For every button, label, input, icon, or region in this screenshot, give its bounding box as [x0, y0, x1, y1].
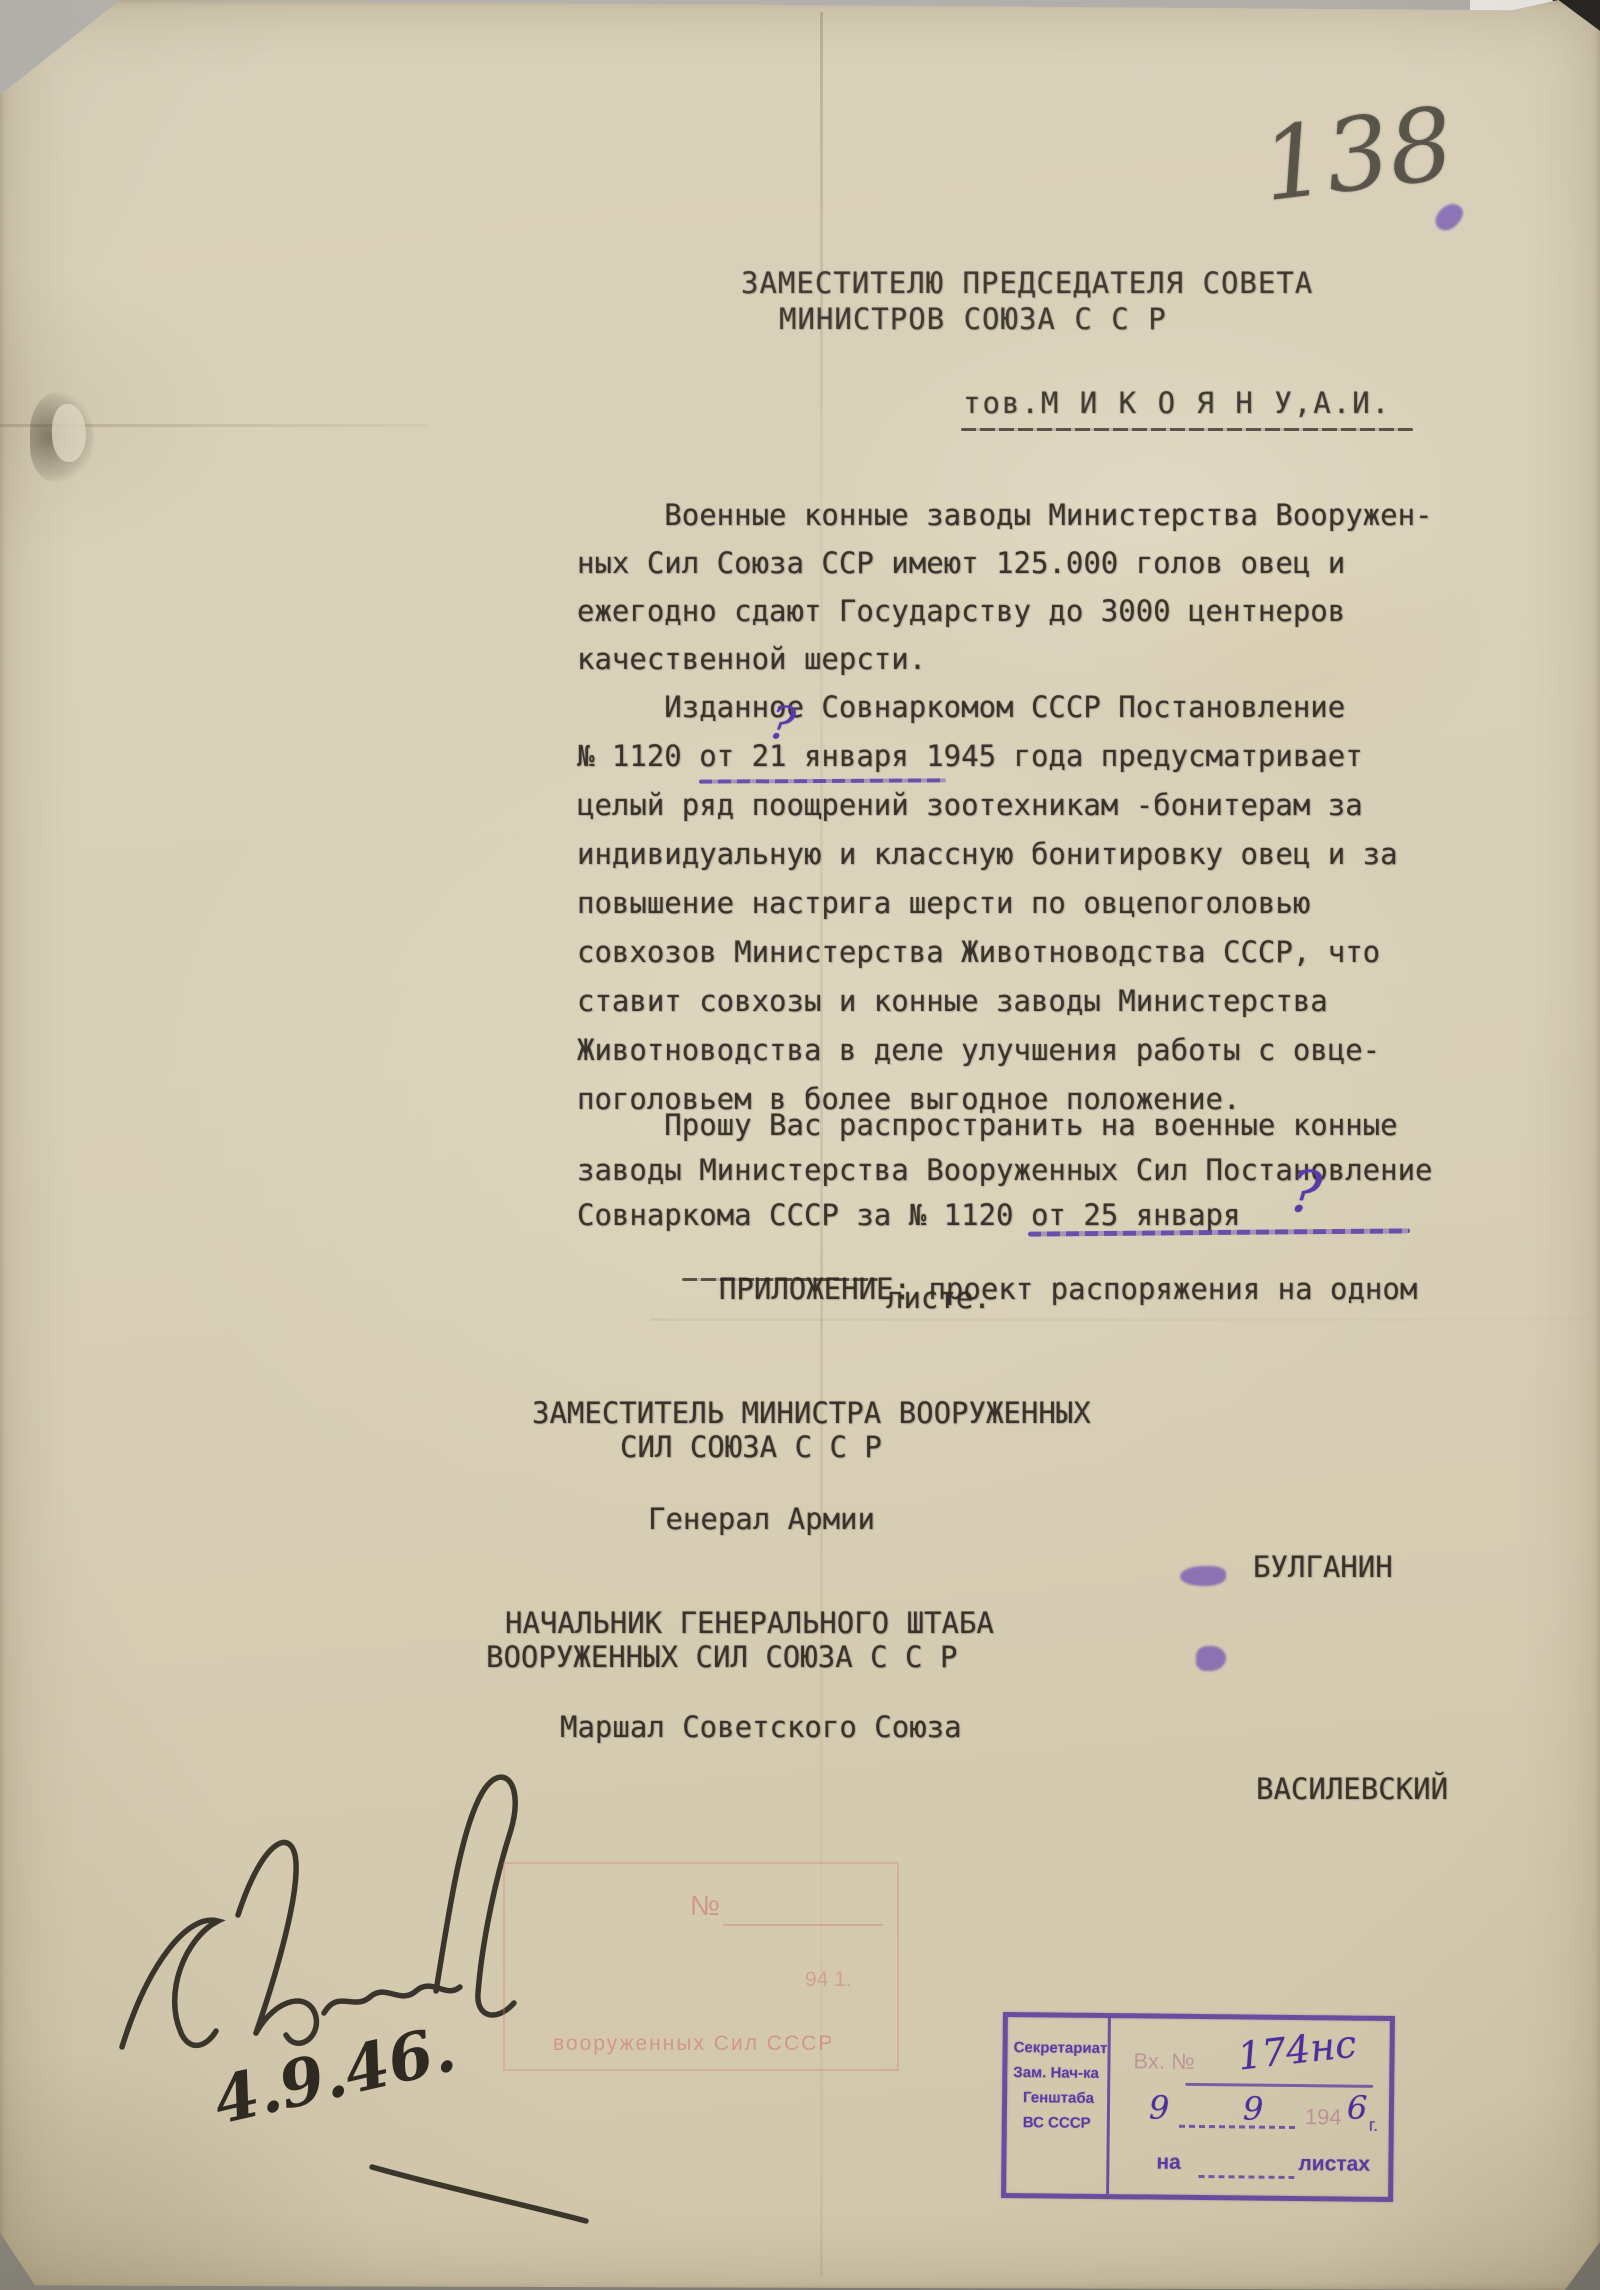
- attachment-label-underline: [682, 1278, 878, 1281]
- page-container: { "document": { "annotations": { "pencil…: [0, 0, 1600, 2290]
- recipient-addressee: тов.М И К О Я Н У,А.И.: [963, 386, 1391, 420]
- body-line: Изданное Совнаркомом СССР Постановление: [577, 690, 1345, 724]
- deputy-minister-title-2: СИЛ СОЮЗА С С Р: [620, 1430, 882, 1464]
- recipient-line-1: ЗАМЕСТИТЕЛЮ ПРЕДСЕДАТЕЛЯ СОВЕТА: [741, 266, 1313, 300]
- pencil-page-number: 138: [1256, 85, 1460, 224]
- red-stamp-bottom-text: вооруженных Сил СССР: [553, 2032, 834, 2056]
- attachment-line: ПРИЛОЖЕНИЕ: проект распоряжения на одном: [684, 1238, 1417, 1306]
- body-line: качественной шерсти.: [577, 642, 926, 676]
- body-line: № 1120 от 21 января 1945 года предусматр…: [577, 739, 1363, 773]
- chief-of-staff-title-2: ВООРУЖЕННЫХ СИЛ СОЮЗА С С Р: [486, 1640, 957, 1674]
- purple-stamp-sheets-suffix: листах: [1298, 2152, 1370, 2177]
- left-edge-tear-highlight: [52, 404, 86, 462]
- purple-stamp-month: 9: [1243, 2089, 1264, 2127]
- purple-stamp-year-handwritten: 6: [1347, 2089, 1368, 2127]
- chief-of-staff-name: ВАСИЛЕВСКИЙ: [1256, 1772, 1448, 1806]
- body-line: ставит совхозы и конные заводы Министерс…: [577, 984, 1328, 1018]
- purple-stamp-number-line: [1185, 2083, 1373, 2087]
- purple-stamp-sheets-prefix: на: [1156, 2151, 1181, 2175]
- body-line: индивидуальную и классную бонитировку ов…: [577, 837, 1398, 871]
- purple-stamp-incoming-number: 174нс: [1236, 2022, 1359, 2079]
- purple-stamp-office-3: Генштаба: [1023, 2089, 1094, 2107]
- purple-stamp-office-2: Зам. Нач-ка: [1013, 2064, 1099, 2082]
- purple-stamp-office-4: ВС СССР: [1023, 2114, 1091, 2132]
- purple-stamp-year-suffix: г.: [1369, 2115, 1379, 2136]
- purple-stamp-date-line: [1179, 2125, 1297, 2129]
- recipient-line-2: МИНИСТРОВ СОЮЗА С С Р: [779, 302, 1167, 336]
- body-line: целый ряд поощрений зоотехникам -бонитер…: [577, 788, 1363, 822]
- horizontal-fold-crease-mid: [650, 1318, 1600, 1321]
- purple-stamp-office-1: Секретариат: [1014, 2039, 1108, 2057]
- deputy-minister-name: БУЛГАНИН: [1253, 1550, 1393, 1584]
- addressee-underline: [961, 428, 1413, 431]
- body-line: Военные конные заводы Министерства Воору…: [577, 498, 1433, 532]
- body-line: Прошу Вас распространить на военные конн…: [577, 1108, 1398, 1142]
- attachment-line-2: листе.: [886, 1281, 991, 1315]
- purple-stamp-day: 9: [1149, 2088, 1170, 2126]
- ink-smudge-1: [1180, 1566, 1226, 1586]
- purple-registration-stamp: Секретариат Зам. Нач-ка Генштаба ВС СССР…: [1001, 2012, 1395, 2202]
- purple-stamp-incoming-label: Вх. №: [1133, 2048, 1195, 2075]
- body-line: совхозов Министерства Животноводства ССС…: [577, 935, 1380, 969]
- deputy-minister-title-1: ЗАМЕСТИТЕЛЬ МИНИСТРА ВООРУЖЕННЫХ: [532, 1396, 1091, 1430]
- red-stamp-number-line: [723, 1924, 883, 1926]
- deputy-minister-rank: Генерал Армии: [648, 1502, 875, 1536]
- purple-stamp-year-printed: 194: [1305, 2104, 1342, 2130]
- red-stamp-fragment: 94 1.: [805, 1968, 852, 1992]
- body-line: ежегодно сдают Государству до 3000 центн…: [577, 594, 1345, 628]
- body-line: повышение настрига шерсти по овцепоголов…: [577, 886, 1310, 920]
- chief-of-staff-title-1: НАЧАЛЬНИК ГЕНЕРАЛЬНОГО ШТАБА: [505, 1606, 994, 1640]
- purple-stamp-sheets-line: [1198, 2175, 1294, 2179]
- body-line: ных Сил Союза ССР имеют 125.000 голов ов…: [577, 546, 1345, 580]
- body-line: Совнаркома СССР за № 1120 от 25 января: [577, 1198, 1240, 1232]
- body-line: Животноводства в деле улучшения работы с…: [577, 1033, 1380, 1067]
- red-stamp-number-label: №: [690, 1890, 720, 1922]
- red-stamp: № 94 1. вооруженных Сил СССР: [503, 1862, 899, 2071]
